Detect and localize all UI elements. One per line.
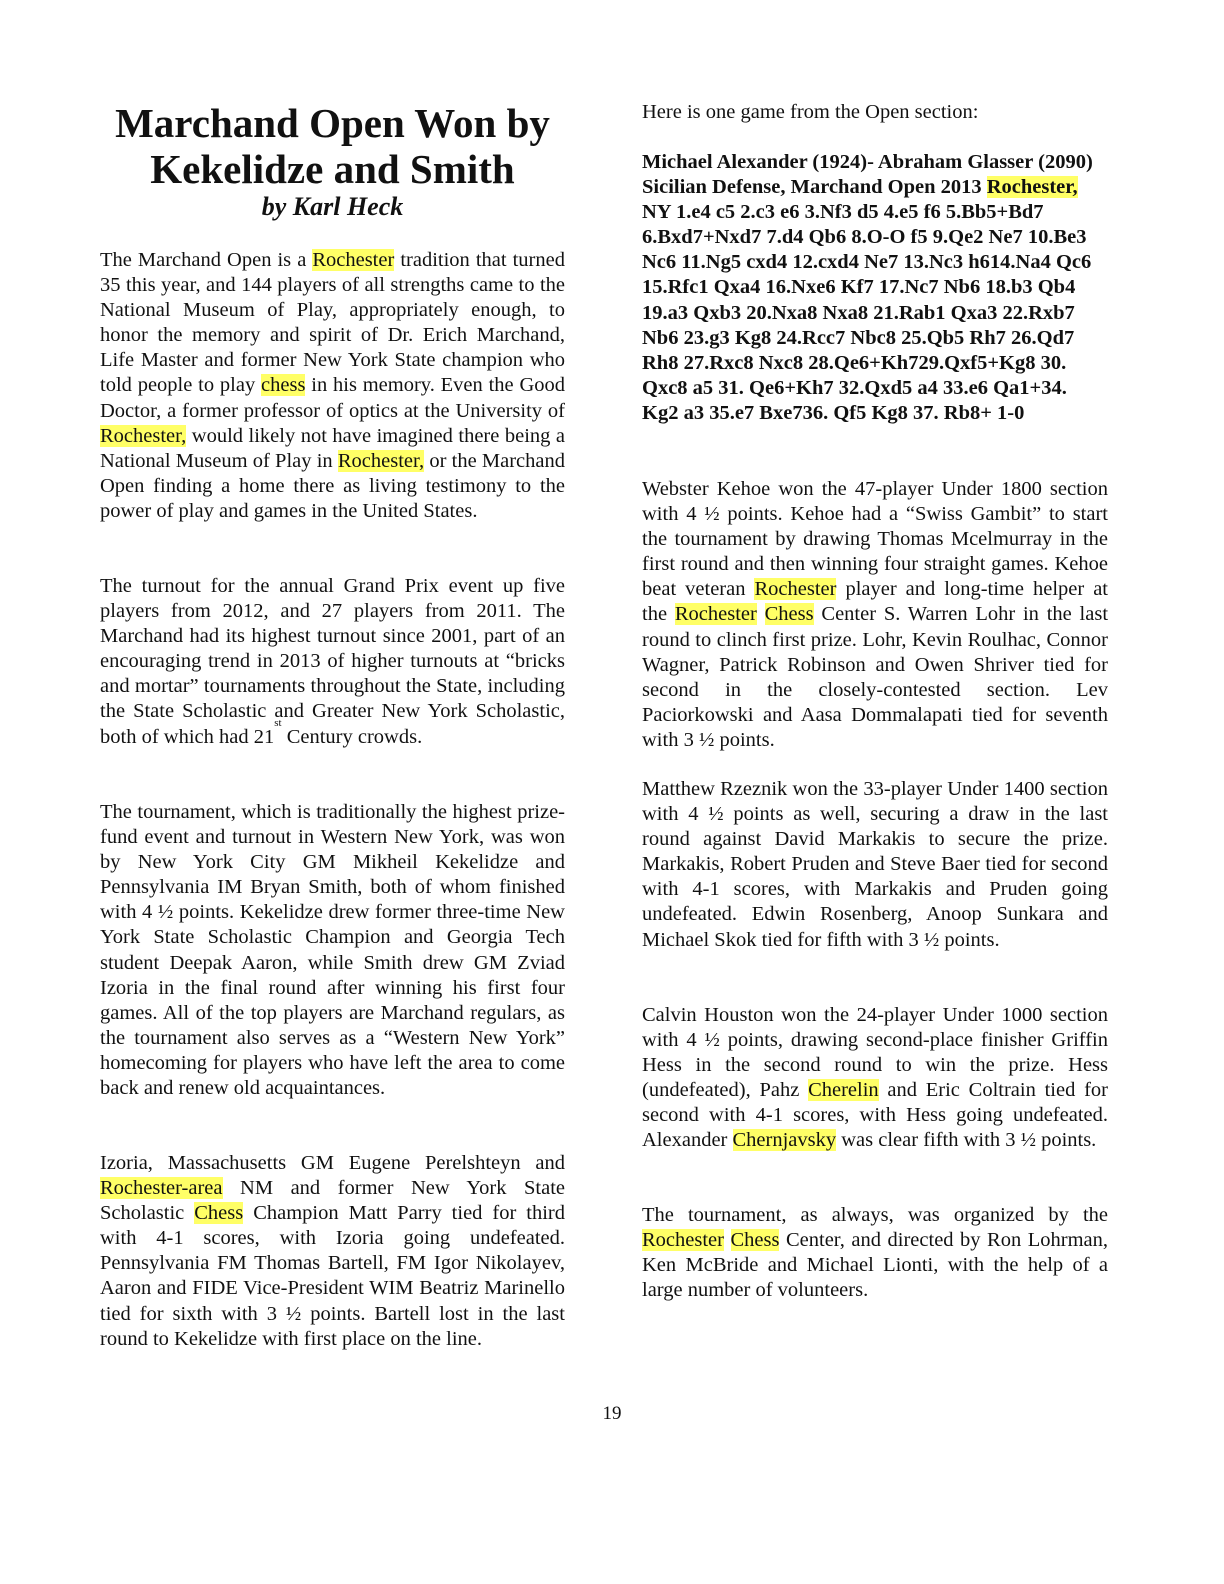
- paragraph-turnout: The turnout for the annual Grand Prix ev…: [100, 574, 565, 750]
- highlighted-term: Rochester: [754, 578, 836, 600]
- highlighted-term: Cherelin: [808, 1079, 879, 1101]
- highlighted-term: Chernjavsky: [733, 1129, 837, 1151]
- article-title-line-2: Kekelidze and Smith: [150, 146, 514, 192]
- highlighted-term: Chess: [194, 1202, 243, 1224]
- highlighted-term: Rochester,: [987, 176, 1078, 198]
- paragraph-under-1400: Matthew Rzeznik won the 33-player Under …: [642, 777, 1108, 953]
- highlighted-term: Rochester: [642, 1229, 724, 1251]
- highlighted-term: Chess: [731, 1229, 780, 1251]
- paragraph-under-1000: Calvin Houston won the 24-player Under 1…: [642, 1003, 1108, 1154]
- highlighted-term: Rochester,: [100, 425, 186, 447]
- paragraph-under-1800: Webster Kehoe won the 47-player Under 18…: [642, 477, 1108, 753]
- highlighted-term: Rochester-area: [100, 1177, 223, 1199]
- game-intro: Here is one game from the Open section:: [642, 100, 1108, 125]
- highlighted-term: Chess: [765, 603, 814, 625]
- highlighted-term: Rochester,: [338, 450, 424, 472]
- paragraph-organizers: The tournament, as always, was organized…: [642, 1203, 1108, 1303]
- page-number: 19: [0, 1403, 1224, 1425]
- article-title: Marchand Open Won by Kekelidze and Smith: [100, 100, 565, 192]
- article-byline: by Karl Heck: [100, 192, 565, 222]
- article-title-line-1: Marchand Open Won by: [115, 100, 550, 146]
- highlighted-term: chess: [261, 374, 305, 396]
- highlighted-term: Rochester: [312, 249, 394, 271]
- highlighted-term: Rochester: [675, 603, 757, 625]
- paragraph-third-place: Izoria, Massachusetts GM Eugene Perelsht…: [100, 1151, 565, 1352]
- paragraph-winners: The tournament, which is traditionally t…: [100, 800, 565, 1101]
- game-score: Michael Alexander (1924)- Abraham Glasse…: [642, 150, 1108, 426]
- paragraph-intro: The Marchand Open is a Rochester traditi…: [100, 248, 565, 524]
